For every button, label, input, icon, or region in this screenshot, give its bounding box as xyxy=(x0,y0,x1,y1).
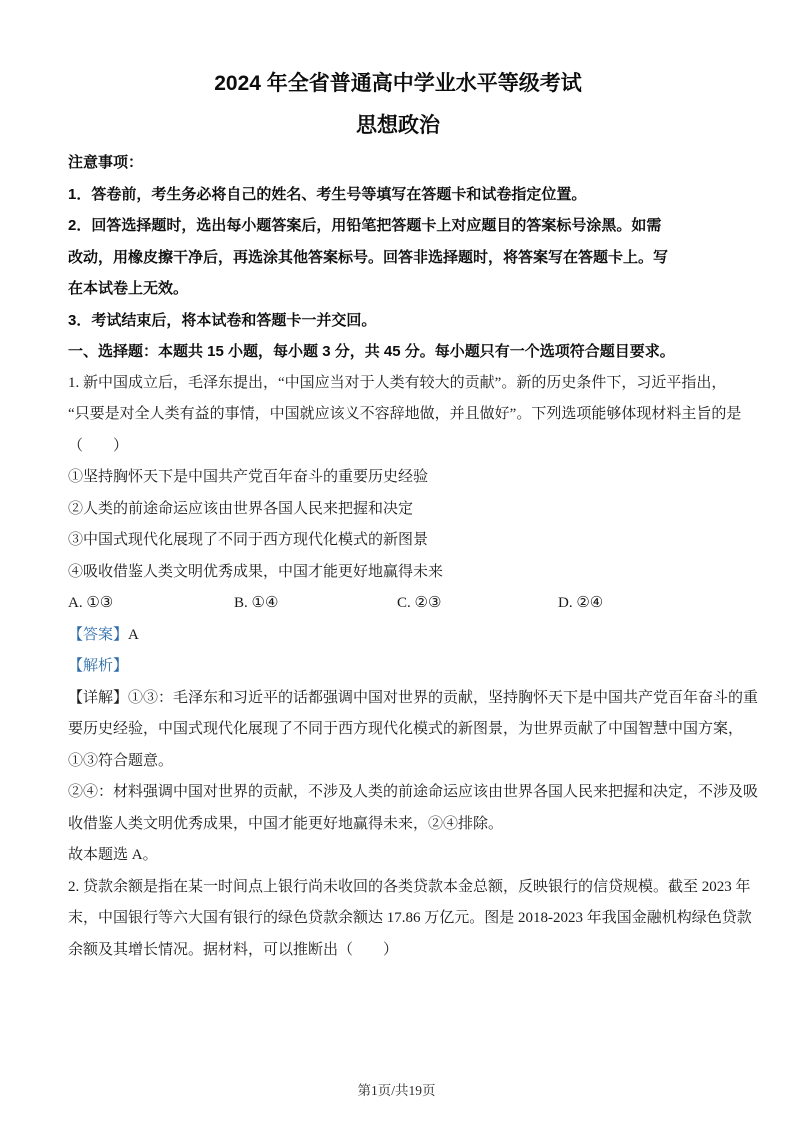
notice-line: 改动，用橡皮擦干净后，再选涂其他答案标号。回答非选择题时，将答案写在答题卡上。写 xyxy=(68,242,728,274)
notice-line: 在本试卷上无效。 xyxy=(68,273,728,305)
notices-heading: 注意事项： xyxy=(68,147,728,179)
detail-line: ①③符合题意。 xyxy=(68,746,728,778)
question-1-answer-blank: （ ） xyxy=(68,431,728,463)
footer-page-number: 第1页/共19页 xyxy=(0,1082,793,1100)
doc-subtitle: 思想政治 xyxy=(68,105,728,147)
answer-label: 【答案】 xyxy=(68,627,128,643)
detail-line: 故本题选 A。 xyxy=(68,840,728,872)
detail-line: 收借鉴人类文明优秀成果，中国才能更好地赢得未来，②④排除。 xyxy=(68,809,728,841)
question-2-line: 末，中国银行等六大国有银行的绿色贷款余额达 17.86 万亿元。图是 2018-… xyxy=(68,903,728,935)
detail-line: 【详解】①③：毛泽东和习近平的话都强调中国对世界的贡献，坚持胸怀天下是中国共产党… xyxy=(68,683,728,715)
choice-c: C. ②③ xyxy=(397,588,558,620)
notice-line: 3．考试结束后，将本试卷和答题卡一并交回。 xyxy=(68,305,728,337)
statement-line: ④吸收借鉴人类文明优秀成果，中国才能更好地赢得未来 xyxy=(68,557,728,589)
document-content: 2024 年全省普通高中学业水平等级考试 思想政治 注意事项： 1．答卷前，考生… xyxy=(68,63,728,966)
notice-line: 1．答卷前，考生务必将自己的姓名、考生号等填写在答题卡和试卷指定位置。 xyxy=(68,179,728,211)
question-2-line: 余额及其增长情况。据材料，可以推断出（ ） xyxy=(68,935,728,967)
question-1-choices-row: A. ①③ B. ①④ C. ②③ D. ②④ xyxy=(68,588,728,620)
analysis-row: 【解析】 xyxy=(68,651,728,683)
analysis-label: 【解析】 xyxy=(68,658,128,674)
notice-line: 2．回答选择题时，选出每小题答案后，用铅笔把答题卡上对应题目的答案标号涂黑。如需 xyxy=(68,210,728,242)
choice-b: B. ①④ xyxy=(234,588,397,620)
statement-line: ③中国式现代化展现了不同于西方现代化模式的新图景 xyxy=(68,525,728,557)
exam-document-page: 2024 年全省普通高中学业水平等级考试 思想政治 注意事项： 1．答卷前，考生… xyxy=(0,0,793,1122)
doc-title: 2024 年全省普通高中学业水平等级考试 xyxy=(68,63,728,105)
section-heading: 一、选择题：本题共 15 小题，每小题 3 分，共 45 分。每小题只有一个选项… xyxy=(68,336,728,368)
answer-row: 【答案】A xyxy=(68,620,728,652)
choice-d: D. ②④ xyxy=(558,588,603,620)
choice-a: A. ①③ xyxy=(68,588,234,620)
detail-line: 要历史经验，中国式现代化展现了不同于西方现代化模式的新图景，为世界贡献了中国智慧… xyxy=(68,714,728,746)
question-1-line: 1. 新中国成立后，毛泽东提出，“中国应当对于人类有较大的贡献”。新的历史条件下… xyxy=(68,368,728,400)
detail-line: ②④：材料强调中国对世界的贡献，不涉及人类的前途命运应该由世界各国人民来把握和决… xyxy=(68,777,728,809)
answer-value: A xyxy=(128,627,139,643)
question-1-line: “只要是对全人类有益的事情，中国就应该义不容辞地做，并且做好”。下列选项能够体现… xyxy=(68,399,728,431)
question-2-line: 2. 贷款余额是指在某一时间点上银行尚未收回的各类贷款本金总额，反映银行的信贷规… xyxy=(68,872,728,904)
statement-line: ②人类的前途命运应该由世界各国人民来把握和决定 xyxy=(68,494,728,526)
statement-line: ①坚持胸怀天下是中国共产党百年奋斗的重要历史经验 xyxy=(68,462,728,494)
